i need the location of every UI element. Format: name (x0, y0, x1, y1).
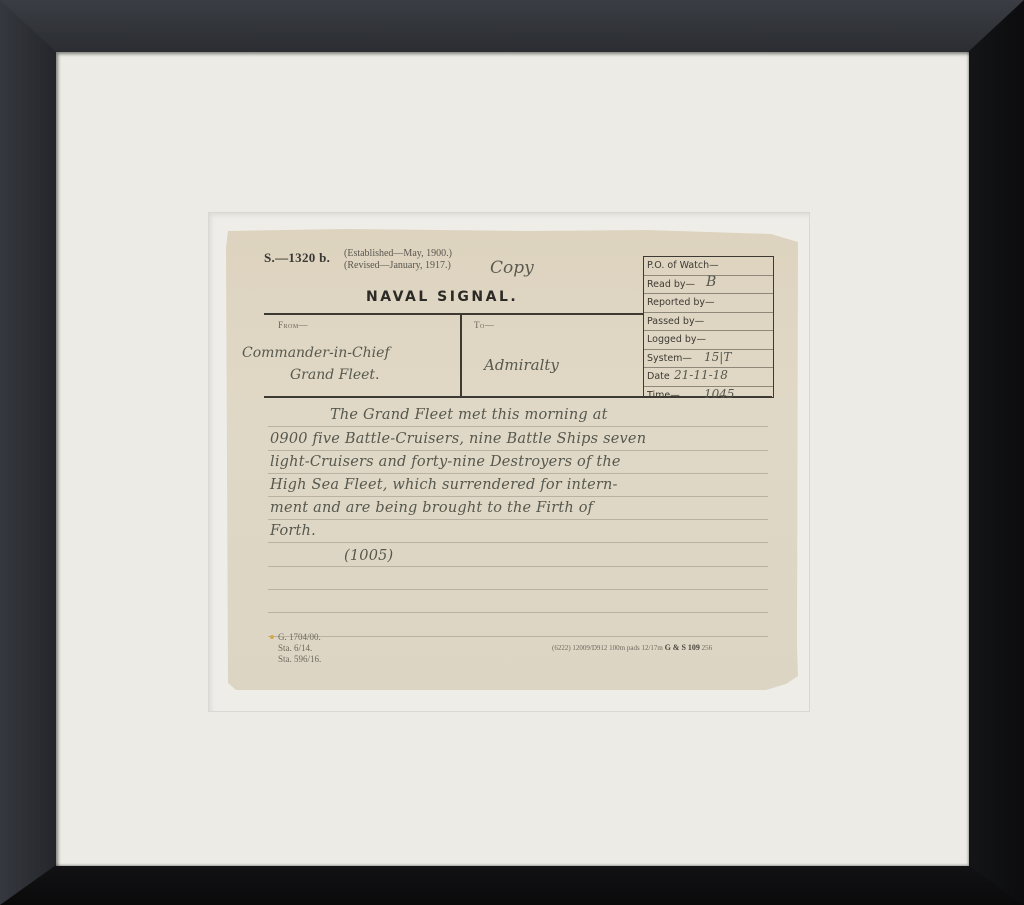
frame-bottom-rail (0, 865, 1024, 905)
routing-row-passed-by: Passed by— (644, 313, 773, 332)
form-dates: (Established—May, 1900.) (Revised—Januar… (344, 248, 452, 272)
from-value-line2: Grand Fleet. (290, 367, 380, 383)
ruled-line (268, 612, 768, 613)
frame-right-rail (968, 0, 1024, 905)
from-to-divider (460, 313, 462, 397)
to-label: To— (474, 320, 494, 330)
ruled-line (268, 636, 768, 637)
frame-top-rail (0, 0, 1024, 52)
routing-row-reported-by: Reported by— (644, 294, 773, 313)
date-value: 21-11-18 (674, 367, 728, 384)
message-line-6: Forth. (270, 523, 316, 539)
routing-row-date: Date 21-11-18 (644, 368, 773, 387)
header-top-rule (264, 313, 644, 315)
message-line-2: 0900 five Battle-Cruisers, nine Battle S… (270, 431, 646, 447)
ruled-line (268, 496, 768, 497)
message-line-1: The Grand Fleet met this morning at (330, 407, 608, 423)
routing-row-logged-by: Logged by— (644, 331, 773, 350)
footer-right: (6222) 12009/D912 100m pads 12/17m G & S… (552, 643, 712, 652)
from-label: From— (278, 320, 308, 330)
frame-left-rail (0, 0, 56, 905)
ruled-line (268, 473, 768, 474)
message-line-5: ment and are being brought to the Firth … (270, 500, 593, 516)
naval-signal-form: S.—1320 b. (Established—May, 1900.) (Rev… (226, 228, 798, 690)
message-line-4: High Sea Fleet, which surrendered for in… (270, 477, 618, 493)
from-value-line1: Commander-in-Chief (242, 345, 390, 361)
routing-row-time: Time— 1045 (644, 387, 773, 405)
time-value: 1045 (704, 386, 735, 403)
copy-mark: Copy (490, 258, 534, 278)
ruled-line (268, 542, 768, 543)
form-number: S.—1320 b. (264, 250, 330, 266)
ruled-line (268, 519, 768, 520)
ruled-line (268, 426, 768, 427)
ruled-line (268, 450, 768, 451)
read-by-value: B (706, 274, 716, 291)
message-line-3: light-Cruisers and forty-nine Destroyers… (270, 454, 621, 470)
routing-row-system: System— 15|T (644, 350, 773, 369)
revised-date: (Revised—January, 1917.) (344, 260, 452, 272)
ruled-line (268, 589, 768, 590)
system-value: 15|T (704, 349, 731, 366)
to-value: Admiralty (484, 356, 559, 374)
routing-row-read-by: Read by— B (644, 276, 773, 295)
document-title: NAVAL SIGNAL. (366, 289, 518, 305)
routing-box: P.O. of Watch— Read by— B Reported by— P… (643, 256, 774, 398)
footer-left: G. 1704/00. Sta. 6/14. Sta. 596/16. (278, 632, 321, 665)
message-reference: (1005) (344, 548, 393, 564)
established-date: (Established—May, 1900.) (344, 248, 452, 260)
paper-stain (270, 635, 274, 639)
ruled-line (268, 566, 768, 567)
